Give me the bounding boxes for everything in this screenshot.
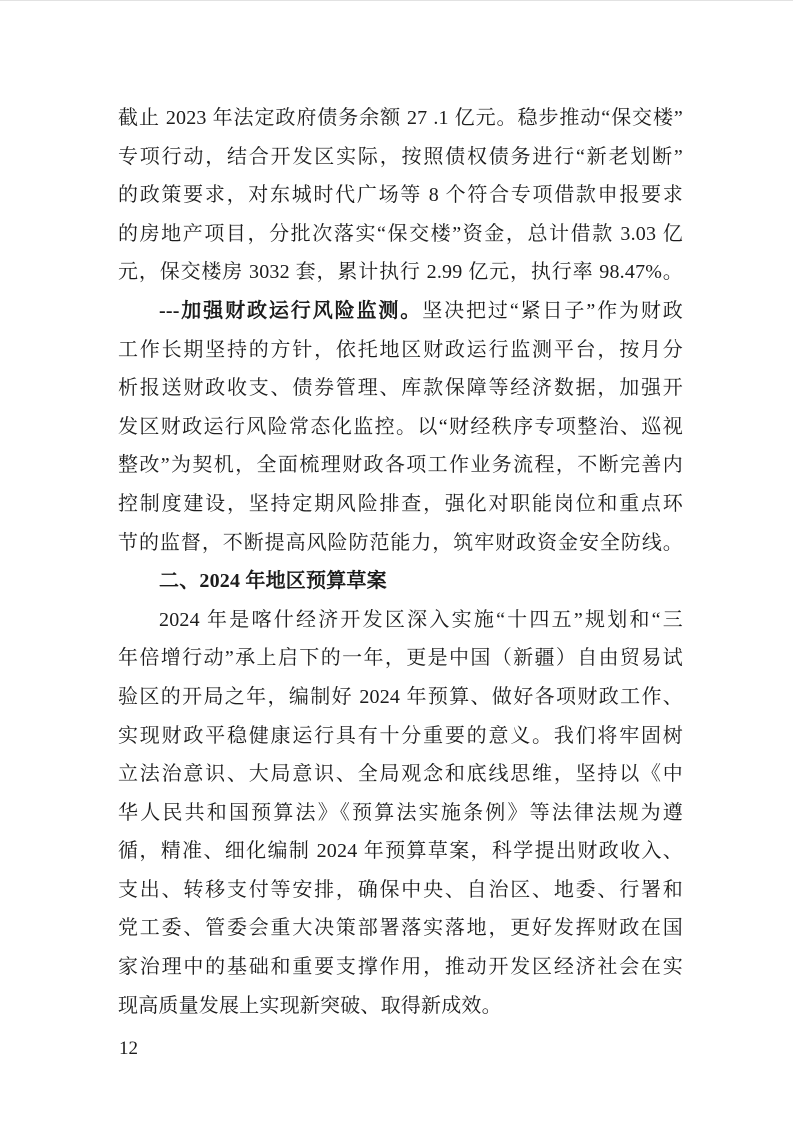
text-line: 二、2024 年地区预算草案 — [118, 562, 683, 601]
text-line: 专项行动，结合开发区实际，按照债权债务进行“新老划断” — [118, 138, 683, 177]
text-line: 实现财政平稳健康运行具有十分重要的意义。我们将牢固树 — [118, 717, 683, 756]
text-line: 工作长期坚持的方针，依托地区财政运行监测平台，按月分 — [118, 331, 683, 370]
para-government-debt-continuation: 截止 2023 年法定政府债务余额 27 .1 亿元。稳步推动“保交楼”专项行动… — [118, 99, 683, 292]
text-line: 的房地产项目，分批次落实“保交楼”资金，总计借款 3.03 亿 — [118, 215, 683, 254]
text-line: 验区的开局之年，编制好 2024 年预算、做好各项财政工作、 — [118, 678, 683, 717]
text-line: 家治理中的基础和重要支撑作用，推动开发区经济社会在实 — [118, 948, 683, 987]
text-line: 整改”为契机，全面梳理财政各项工作业务流程，不断完善内 — [118, 446, 683, 485]
text-line: 元，保交楼房 3032 套，累计执行 2.99 亿元，执行率 98.47%。 — [118, 253, 683, 292]
text-line: ---加强财政运行风险监测。坚决把过“紧日子”作为财政 — [118, 292, 683, 331]
text-line: 循，精准、细化编制 2024 年预算草案，科学提出财政收入、 — [118, 832, 683, 871]
text-line: 现高质量发展上实现新突破、取得新成效。 — [118, 987, 683, 1026]
text-line: 党工委、管委会重大决策部署落实落地，更好发挥财政在国 — [118, 909, 683, 948]
document-page: 截止 2023 年法定政府债务余额 27 .1 亿元。稳步推动“保交楼”专项行动… — [0, 0, 793, 1122]
heading-2024-budget-draft: 二、2024 年地区预算草案 — [118, 562, 683, 601]
text-line: 截止 2023 年法定政府债务余额 27 .1 亿元。稳步推动“保交楼” — [118, 99, 683, 138]
text-line: 支出、转移支付等安排，确保中央、自治区、地委、行署和 — [118, 871, 683, 910]
text-line: 发区财政运行风险常态化监控。以“财经秩序专项整治、巡视 — [118, 408, 683, 447]
text-line: 年倍增行动”承上启下的一年，更是中国（新疆）自由贸易试 — [118, 639, 683, 678]
page-number: 12 — [119, 1036, 138, 1062]
page-top-edge — [0, 0, 793, 1]
text-line: 的政策要求，对东城时代广场等 8 个符合专项借款申报要求 — [118, 176, 683, 215]
text-line: 节的监督，不断提高风险防范能力，筑牢财政资金安全防线。 — [118, 524, 683, 563]
text-line: 2024 年是喀什经济开发区深入实施“十四五”规划和“三 — [118, 601, 683, 640]
text-line: 控制度建设，坚持定期风险排查，强化对职能岗位和重点环 — [118, 485, 683, 524]
para-2024-budget-outlook: 2024 年是喀什经济开发区深入实施“十四五”规划和“三年倍增行动”承上启下的一… — [118, 601, 683, 1026]
para-fiscal-risk-monitoring: ---加强财政运行风险监测。坚决把过“紧日子”作为财政工作长期坚持的方针，依托地… — [118, 292, 683, 562]
document-body: 截止 2023 年法定政府债务余额 27 .1 亿元。稳步推动“保交楼”专项行动… — [118, 99, 683, 1025]
text-line: 立法治意识、大局意识、全局观念和底线思维，坚持以《中 — [118, 755, 683, 794]
text-line: 华人民共和国预算法》《预算法实施条例》等法律法规为遵 — [118, 794, 683, 833]
bold-lead-in: ---加强财政运行风险监测。 — [159, 300, 422, 322]
text-line: 析报送财政收支、债券管理、库款保障等经济数据，加强开 — [118, 369, 683, 408]
